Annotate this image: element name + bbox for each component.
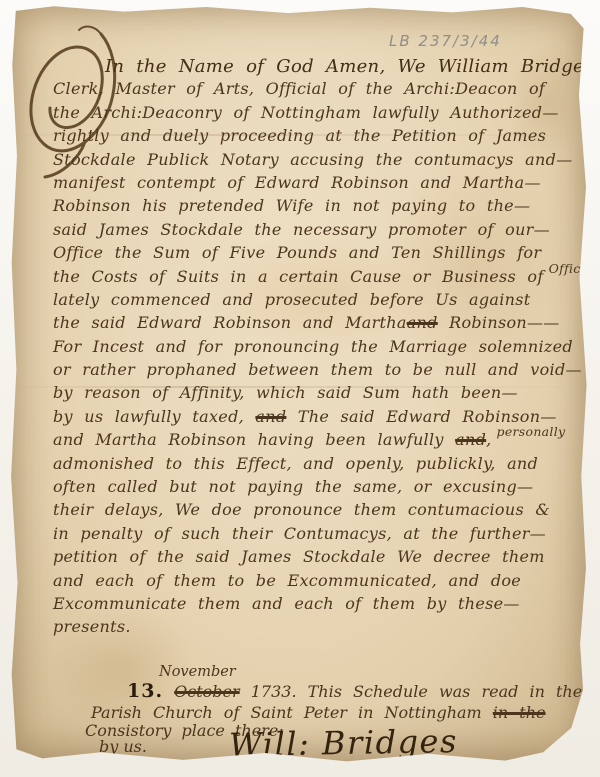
line-text: The said Edward Robinson— bbox=[286, 407, 556, 426]
struck-text: and bbox=[407, 313, 438, 332]
day-number: 13. bbox=[127, 680, 163, 702]
manuscript-line: the said Edward Robinson and Marthaand R… bbox=[53, 313, 579, 336]
manuscript-line: lately commenced and prosecuted before U… bbox=[53, 290, 579, 313]
manuscript-line: Stockdale Publick Notary accusing the co… bbox=[53, 150, 579, 173]
struck-text: and bbox=[255, 407, 286, 426]
manuscript-line: Office the Sum of Five Pounds and Ten Sh… bbox=[53, 243, 579, 266]
struck-month: October bbox=[174, 682, 240, 701]
manuscript-line: For Incest and for pronouncing the Marri… bbox=[53, 337, 579, 360]
manuscript-line: the Costs of Suits in a certain Cause or… bbox=[53, 267, 579, 290]
interlinear-insertion: Office bbox=[549, 261, 589, 276]
line-text: , bbox=[486, 430, 491, 449]
manuscript-line: and Martha Robinson having been lawfully… bbox=[53, 430, 579, 453]
inserted-month: November bbox=[159, 664, 236, 680]
date-text: 1733. This Schedule was read in the— bbox=[240, 682, 599, 701]
manuscript-line: and each of them to be Excommunicated, a… bbox=[53, 571, 579, 594]
parish-line: Parish Church of Saint Peter in Nottingh… bbox=[91, 703, 546, 722]
manuscript-line: Robinson his pretended Wife in not payin… bbox=[53, 196, 579, 219]
manuscript-text: In the Name of God Amen, We William Brid… bbox=[53, 56, 579, 641]
manuscript-line: rightly and duely proceeding at the Peti… bbox=[53, 126, 579, 149]
line-text: the Costs of Suits in a certain Cause or… bbox=[53, 267, 544, 286]
manuscript-paper: LB 237/3/44 In the Name of God Amen, We … bbox=[7, 4, 593, 766]
scan-background: LB 237/3/44 In the Name of God Amen, We … bbox=[0, 0, 600, 777]
manuscript-line: petition of the said James Stockdale We … bbox=[53, 547, 579, 570]
struck-text: in the bbox=[493, 703, 546, 722]
manuscript-line: their delays, We doe pronounce them cont… bbox=[53, 500, 579, 523]
manuscript-line: Excommunicate them and each of them by t… bbox=[53, 594, 579, 617]
manuscript-line: by reason of Affinity, which said Sum ha… bbox=[53, 383, 579, 406]
manuscript-line: often called but not paying the same, or… bbox=[53, 477, 579, 500]
manuscript-line: in penalty of such their Contumacys, at … bbox=[53, 524, 579, 547]
archive-reference: LB 237/3/44 bbox=[389, 32, 502, 50]
signature: Will: Bridges bbox=[229, 722, 458, 764]
line-text: and Martha Robinson having been lawfully bbox=[53, 430, 455, 449]
by-us-line: by us. bbox=[99, 737, 147, 756]
manuscript-line: Clerk, Master of Arts, Official of the A… bbox=[53, 79, 579, 102]
interlinear-insertion: personally bbox=[497, 424, 566, 439]
date-line: 13. October 1733. This Schedule was read… bbox=[127, 680, 598, 702]
manuscript-line: In the Name of God Amen, We William Brid… bbox=[53, 56, 579, 79]
manuscript-line: the Archi:Deaconry of Nottingham lawfull… bbox=[53, 103, 579, 126]
manuscript-line: presents. bbox=[53, 617, 579, 640]
manuscript-line: manifest contempt of Edward Robinson and… bbox=[53, 173, 579, 196]
line-text: by us lawfully taxed, bbox=[53, 407, 255, 426]
manuscript-line: admonished to this Effect, and openly, p… bbox=[53, 454, 579, 477]
struck-text: and bbox=[455, 430, 486, 449]
line-text: Parish Church of Saint Peter in Nottingh… bbox=[91, 703, 493, 722]
line-text: Robinson—— bbox=[438, 313, 560, 332]
manuscript-line: or rather prophaned between them to be n… bbox=[53, 360, 579, 383]
line-text: the said Edward Robinson and Martha bbox=[53, 313, 407, 332]
manuscript-line: said James Stockdale the necessary promo… bbox=[53, 220, 579, 243]
